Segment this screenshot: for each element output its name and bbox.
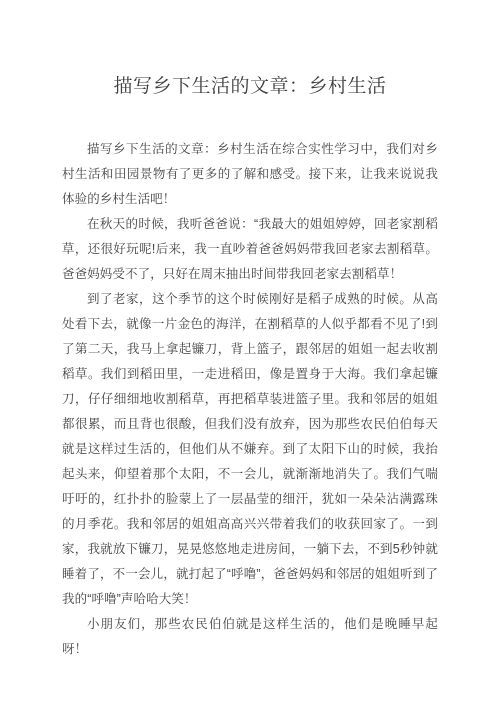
page-title: 描写乡下生活的文章：乡村生活 bbox=[0, 71, 500, 98]
paragraph: 到了老家，这个季节的这个时候刚好是稻子成熟的时候。从高处看下去，就像一片金色的海… bbox=[62, 287, 438, 612]
paragraph: 小朋友们，那些农民伯伯就是这样生活的，他们是晚睡早起呀！ bbox=[62, 612, 438, 662]
article-body: 描写乡下生活的文章：乡村生活在综合实性学习中，我们对乡村生活和田园景物有了更多的… bbox=[62, 137, 438, 662]
document-page: 描写乡下生活的文章：乡村生活 描写乡下生活的文章：乡村生活在综合实性学习中，我们… bbox=[0, 0, 500, 707]
paragraph: 描写乡下生活的文章：乡村生活在综合实性学习中，我们对乡村生活和田园景物有了更多的… bbox=[62, 137, 438, 212]
paragraph: 在秋天的时候，我听爸爸说：“我最大的姐姐婷婷，回老家割稻草，还很好玩呢!后来，我… bbox=[62, 212, 438, 287]
